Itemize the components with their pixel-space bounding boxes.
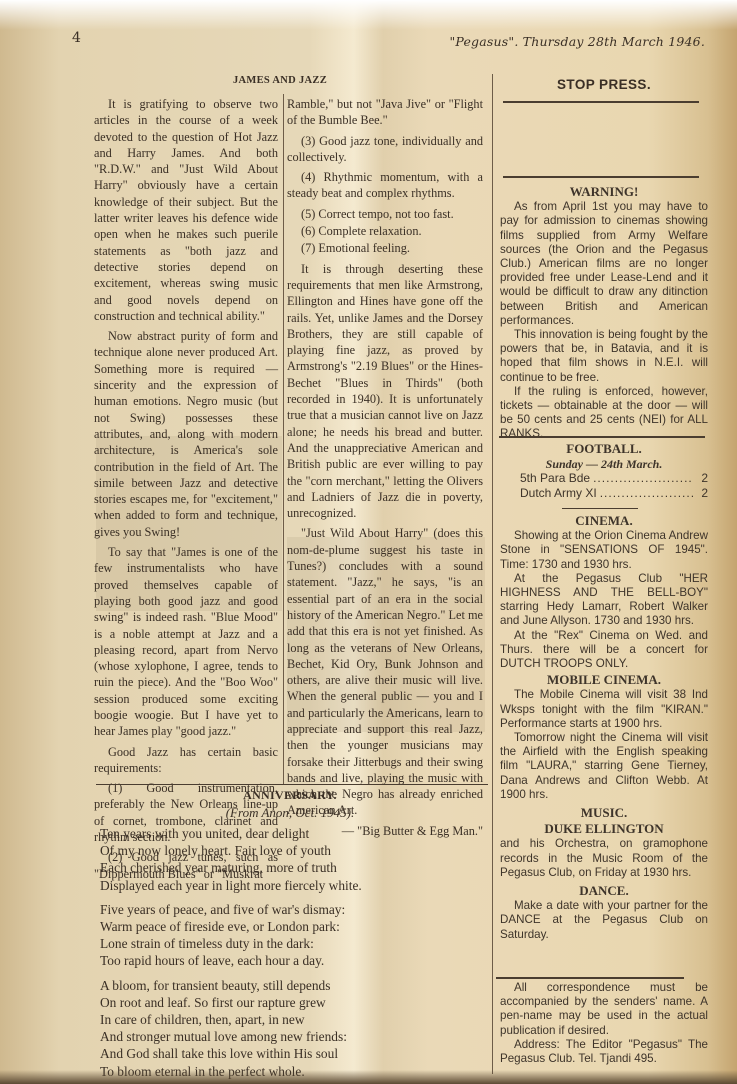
- section-divider: [503, 176, 699, 178]
- section-divider: [499, 436, 705, 438]
- team-name: Dutch Army XI: [520, 486, 597, 500]
- paragraph: It is gratifying to observe two articles…: [94, 96, 278, 324]
- paragraph: Ramble," but not "Java Jive" or "Flight …: [287, 96, 483, 129]
- paragraph: (6) Complete relaxation.: [287, 223, 483, 239]
- newspaper-page: 4 "Pegasus". Thursday 28th March 1946. J…: [0, 0, 737, 1084]
- section-heading: DANCE.: [500, 884, 708, 898]
- poem-line: Lone strain of timeless duty in the dark…: [100, 935, 480, 952]
- poem-stanza: A bloom, for transient beauty, still dep…: [100, 977, 480, 1080]
- paragraph: (4) Rhythmic momentum, with a steady bea…: [287, 169, 483, 202]
- article-column-2: Ramble," but not "Java Jive" or "Flight …: [287, 96, 483, 843]
- poem-line: Displayed each year in light more fierce…: [100, 877, 480, 894]
- article-title: JAMES AND JAZZ: [100, 75, 460, 86]
- section-subheading: DUKE ELLINGTON: [500, 822, 708, 836]
- paragraph: Make a date with your partner for the DA…: [500, 899, 708, 942]
- poem-line: Ten years with you united, dear delight: [100, 825, 480, 842]
- paragraph: (7) Emotional feeling.: [287, 240, 483, 256]
- poem: ANNIVERSARY. (From Anon, Oct. 1945). Ten…: [100, 788, 480, 1084]
- team-name: 5th Para Bde: [520, 471, 590, 485]
- poem-line: Too rapid hours of leave, each hour a da…: [100, 952, 480, 969]
- column-divider: [492, 74, 493, 1074]
- paragraph: At the Pegasus Club "HER HIGHNESS AND TH…: [500, 572, 708, 629]
- paragraph: To say that "James is one of the few ins…: [94, 544, 278, 740]
- poem-line: On root and leaf. So first our rapture g…: [100, 994, 480, 1011]
- leader-dots: [600, 486, 693, 500]
- poem-line: Of my now lonely heart. Fair love of you…: [100, 842, 480, 859]
- paragraph: Showing at the Orion Cinema Andrew Stone…: [500, 529, 708, 572]
- poem-line: Each cherished year maturing, more of tr…: [100, 859, 480, 876]
- poem-line: And stronger mutual love among new frien…: [100, 1028, 480, 1045]
- score-row: 5th Para Bde 2: [500, 471, 708, 485]
- poem-stanza: Ten years with you united, dear delight …: [100, 825, 480, 894]
- poem-source: (From Anon, Oct. 1945).: [100, 805, 480, 821]
- section-divider: [496, 977, 684, 979]
- poem-line: In care of children, then, apart, in new: [100, 1011, 480, 1028]
- stop-press-title: STOP PRESS.: [500, 77, 708, 92]
- match-date: Sunday — 24th March.: [500, 457, 708, 471]
- paragraph: Now abstract purity of form and techniqu…: [94, 328, 278, 540]
- football-results: FOOTBALL. Sunday — 24th March. 5th Para …: [500, 440, 708, 500]
- paragraph: At the "Rex" Cinema on Wed. and Thurs. t…: [500, 629, 708, 672]
- paragraph: As from April 1st you may have to pay fo…: [500, 200, 708, 328]
- editor-address: Address: The Editor "Pegasus" The Pegasu…: [500, 1038, 708, 1066]
- paragraph: "Just Wild About Harry" (does this nom-d…: [287, 525, 483, 818]
- article-column-1: It is gratifying to observe two articles…: [94, 96, 278, 886]
- section-heading: MOBILE CINEMA.: [500, 673, 708, 687]
- paragraph: This innovation is being fought by the p…: [500, 328, 708, 385]
- section-divider: [503, 101, 699, 103]
- poem-stanza: Five years of peace, and five of war's d…: [100, 901, 480, 970]
- paragraph: (3) Good jazz tone, individually and col…: [287, 133, 483, 166]
- poem-line: Warm peace of fireside eve, or London pa…: [100, 918, 480, 935]
- paragraph: (5) Correct tempo, not too fast.: [287, 206, 483, 222]
- warning-notice: WARNING! As from April 1st you may have …: [500, 183, 708, 442]
- paragraph: All correspondence must be accompanied b…: [500, 981, 708, 1038]
- poem-line: And God shall take this love within His …: [100, 1045, 480, 1062]
- poem-line: To bloom eternal in the perfect whole.: [100, 1063, 480, 1080]
- column-divider: [283, 94, 284, 784]
- section-heading: WARNING!: [500, 185, 708, 199]
- section-heading: CINEMA.: [500, 514, 708, 528]
- score-row: Dutch Army XI 2: [500, 486, 708, 500]
- correspondence-notice: All correspondence must be accompanied b…: [500, 981, 708, 1066]
- cinema-notice: CINEMA. Showing at the Orion Cinema Andr…: [500, 512, 708, 942]
- paragraph: It is through deserting these requiremen…: [287, 261, 483, 522]
- section-divider: [96, 784, 488, 785]
- section-divider: [562, 508, 638, 509]
- section-heading: MUSIC.: [500, 806, 708, 820]
- team-score: 2: [696, 471, 708, 485]
- poem-line: Five years of peace, and five of war's d…: [100, 901, 480, 918]
- team-score: 2: [696, 486, 708, 500]
- paragraph: The Mobile Cinema will visit 38 Ind Wksp…: [500, 688, 708, 731]
- poem-line: A bloom, for transient beauty, still dep…: [100, 977, 480, 994]
- section-heading: FOOTBALL.: [500, 442, 708, 456]
- paragraph: Tomorrow night the Cinema will visit the…: [500, 731, 708, 802]
- paragraph: Good Jazz has certain basic requirements…: [94, 744, 278, 777]
- poem-title: ANNIVERSARY.: [100, 788, 480, 803]
- leader-dots: [593, 471, 693, 485]
- masthead: "Pegasus". Thursday 28th March 1946.: [449, 34, 705, 49]
- paragraph: If the ruling is enforced, however, tick…: [500, 385, 708, 442]
- paragraph: and his Orchestra, on gramophone records…: [500, 837, 708, 880]
- page-number: 4: [72, 30, 81, 46]
